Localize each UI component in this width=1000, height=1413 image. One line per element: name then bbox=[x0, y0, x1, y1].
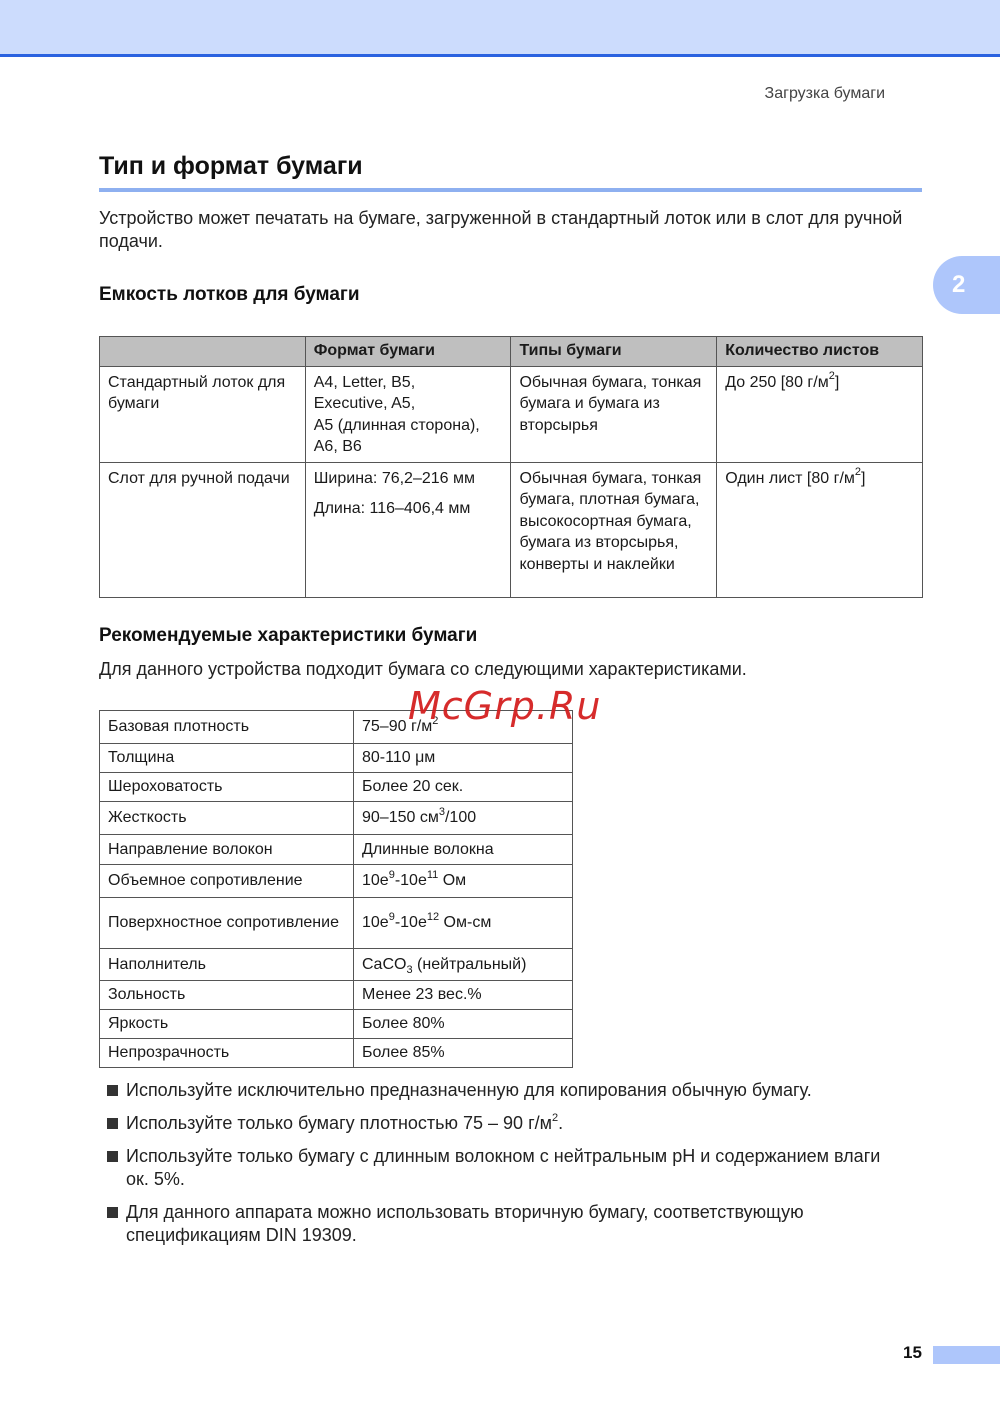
value-text: CaCO bbox=[362, 956, 406, 973]
superscript: 12 bbox=[427, 911, 439, 923]
value-tail: /100 bbox=[445, 809, 476, 826]
watermark: McGrp.Ru bbox=[408, 684, 601, 728]
property-value: Менее 23 вес.% bbox=[354, 981, 573, 1010]
property-value: Более 80% bbox=[354, 1010, 573, 1039]
property-value: 10e9-10e11 Ом bbox=[354, 865, 573, 898]
page-number-bar bbox=[933, 1346, 1000, 1364]
property-value: Более 20 сек. bbox=[354, 773, 573, 802]
bullet-square-icon bbox=[107, 1118, 118, 1129]
bullet-text: Используйте только бумагу плотностью 75 … bbox=[126, 1113, 552, 1133]
intro-paragraph: Устройство может печатать на бумаге, заг… bbox=[99, 207, 919, 253]
table-row: Жесткость 90–150 см3/100 bbox=[100, 802, 573, 835]
property-label: Толщина bbox=[100, 744, 354, 773]
paper-properties-table: Базовая плотность 75–90 г/м2 Толщина 80-… bbox=[99, 710, 573, 1068]
format-line: A4, Letter, B5, bbox=[314, 374, 415, 391]
property-label: Яркость bbox=[100, 1010, 354, 1039]
recommendation-list: Используйте исключительно предназначенну… bbox=[107, 1079, 907, 1257]
superscript: 2 bbox=[829, 370, 835, 382]
bullet-square-icon bbox=[107, 1085, 118, 1096]
quantity-cell: Один лист [80 г/м2] bbox=[717, 462, 923, 597]
value-mid: -10e bbox=[395, 914, 427, 931]
table-row: Наполнитель CaCO3 (нейтральный) bbox=[100, 949, 573, 981]
superscript: 2 bbox=[855, 466, 861, 478]
property-label: Наполнитель bbox=[100, 949, 354, 981]
table-row: Слот для ручной подачи Ширина: 76,2–216 … bbox=[100, 462, 923, 597]
page-title: Тип и формат бумаги bbox=[99, 152, 363, 181]
capacity-heading: Емкость лотков для бумаги bbox=[99, 284, 360, 306]
recommended-heading: Рекомендуемые характеристики бумаги bbox=[99, 625, 477, 647]
quantity-text: До 250 [80 г/м bbox=[725, 374, 828, 391]
format-line: Executive, A5, bbox=[314, 395, 415, 412]
bullet-square-icon bbox=[107, 1207, 118, 1218]
value-mid: -10e bbox=[395, 872, 427, 889]
page-number: 15 bbox=[903, 1343, 922, 1363]
property-label: Базовая плотность bbox=[100, 711, 354, 744]
chapter-tab: 2 bbox=[933, 256, 1000, 314]
table-row: Направление волокон Длинные волокна bbox=[100, 835, 573, 865]
list-item: Для данного аппарата можно использовать … bbox=[107, 1201, 907, 1247]
property-label: Зольность bbox=[100, 981, 354, 1010]
table-row: Яркость Более 80% bbox=[100, 1010, 573, 1039]
property-value: Длинные волокна bbox=[354, 835, 573, 865]
list-item: Используйте исключительно предназначенну… bbox=[107, 1079, 907, 1102]
property-label: Непрозрачность bbox=[100, 1039, 354, 1068]
value-tail: Ом bbox=[438, 872, 466, 889]
recommended-intro: Для данного устройства подходит бумага с… bbox=[99, 659, 747, 680]
column-header bbox=[100, 337, 306, 367]
quantity-text-end: ] bbox=[861, 470, 865, 487]
format-line: A5 (длинная сторона), bbox=[314, 417, 480, 434]
property-label: Шероховатость bbox=[100, 773, 354, 802]
column-header: Формат бумаги bbox=[305, 337, 511, 367]
table-row: Толщина 80-110 μм bbox=[100, 744, 573, 773]
list-item: Используйте только бумагу плотностью 75 … bbox=[107, 1112, 907, 1135]
tray-capacity-table: Формат бумаги Типы бумаги Количество лис… bbox=[99, 336, 923, 598]
bullet-square-icon bbox=[107, 1151, 118, 1162]
format-line: A6, B6 bbox=[314, 438, 362, 455]
property-label: Жесткость bbox=[100, 802, 354, 835]
superscript: 11 bbox=[427, 869, 438, 881]
running-header: Загрузка бумаги bbox=[765, 85, 885, 103]
length-range: Длина: 116–406,4 мм bbox=[314, 498, 503, 520]
source-cell: Слот для ручной подачи bbox=[100, 462, 306, 597]
value-text: 10e bbox=[362, 872, 389, 889]
superscript: 2 bbox=[552, 1112, 558, 1124]
types-cell: Обычная бумага, тонкая бумага, плотная б… bbox=[511, 462, 717, 597]
table-header-row: Формат бумаги Типы бумаги Количество лис… bbox=[100, 337, 923, 367]
width-range: Ширина: 76,2–216 мм bbox=[314, 470, 475, 487]
property-value: CaCO3 (нейтральный) bbox=[354, 949, 573, 981]
property-value: 10e9-10e12 Ом-см bbox=[354, 898, 573, 949]
property-label: Поверхностное сопротивление bbox=[100, 898, 354, 949]
table-row: Стандартный лоток для бумаги A4, Letter,… bbox=[100, 366, 923, 462]
quantity-text: Один лист [80 г/м bbox=[725, 470, 855, 487]
format-cell: Ширина: 76,2–216 мм Длина: 116–406,4 мм bbox=[305, 462, 511, 597]
table-row: Зольность Менее 23 вес.% bbox=[100, 981, 573, 1010]
header-rule bbox=[0, 54, 1000, 57]
source-cell: Стандартный лоток для бумаги bbox=[100, 366, 306, 462]
value-text: 10e bbox=[362, 914, 389, 931]
value-tail: (нейтральный) bbox=[413, 956, 527, 973]
header-band bbox=[0, 0, 1000, 54]
bullet-text: Используйте только бумагу с длинным воло… bbox=[126, 1146, 880, 1189]
property-value: 80-110 μм bbox=[354, 744, 573, 773]
column-header: Количество листов bbox=[717, 337, 923, 367]
property-value: 90–150 см3/100 bbox=[354, 802, 573, 835]
quantity-text-end: ] bbox=[835, 374, 839, 391]
property-label: Направление волокон bbox=[100, 835, 354, 865]
value-tail: Ом-см bbox=[439, 914, 491, 931]
bullet-text: Для данного аппарата можно использовать … bbox=[126, 1202, 804, 1245]
types-cell: Обычная бумага, тонкая бумага и бумага и… bbox=[511, 366, 717, 462]
property-label: Объемное сопротивление bbox=[100, 865, 354, 898]
list-item: Используйте только бумагу с длинным воло… bbox=[107, 1145, 907, 1191]
table-row: Объемное сопротивление 10e9-10e11 Ом bbox=[100, 865, 573, 898]
table-row: Поверхностное сопротивление 10e9-10e12 О… bbox=[100, 898, 573, 949]
table-row: Непрозрачность Более 85% bbox=[100, 1039, 573, 1068]
bullet-tail: . bbox=[558, 1113, 563, 1133]
bullet-text: Используйте исключительно предназначенну… bbox=[126, 1080, 812, 1100]
superscript: 9 bbox=[389, 911, 395, 923]
superscript: 3 bbox=[439, 806, 445, 818]
superscript: 9 bbox=[389, 869, 395, 881]
value-text: 90–150 см bbox=[362, 809, 439, 826]
property-value: Более 85% bbox=[354, 1039, 573, 1068]
column-header: Типы бумаги bbox=[511, 337, 717, 367]
quantity-cell: До 250 [80 г/м2] bbox=[717, 366, 923, 462]
table-row: Шероховатость Более 20 сек. bbox=[100, 773, 573, 802]
format-cell: A4, Letter, B5, Executive, A5, A5 (длинн… bbox=[305, 366, 511, 462]
title-rule bbox=[99, 188, 922, 192]
